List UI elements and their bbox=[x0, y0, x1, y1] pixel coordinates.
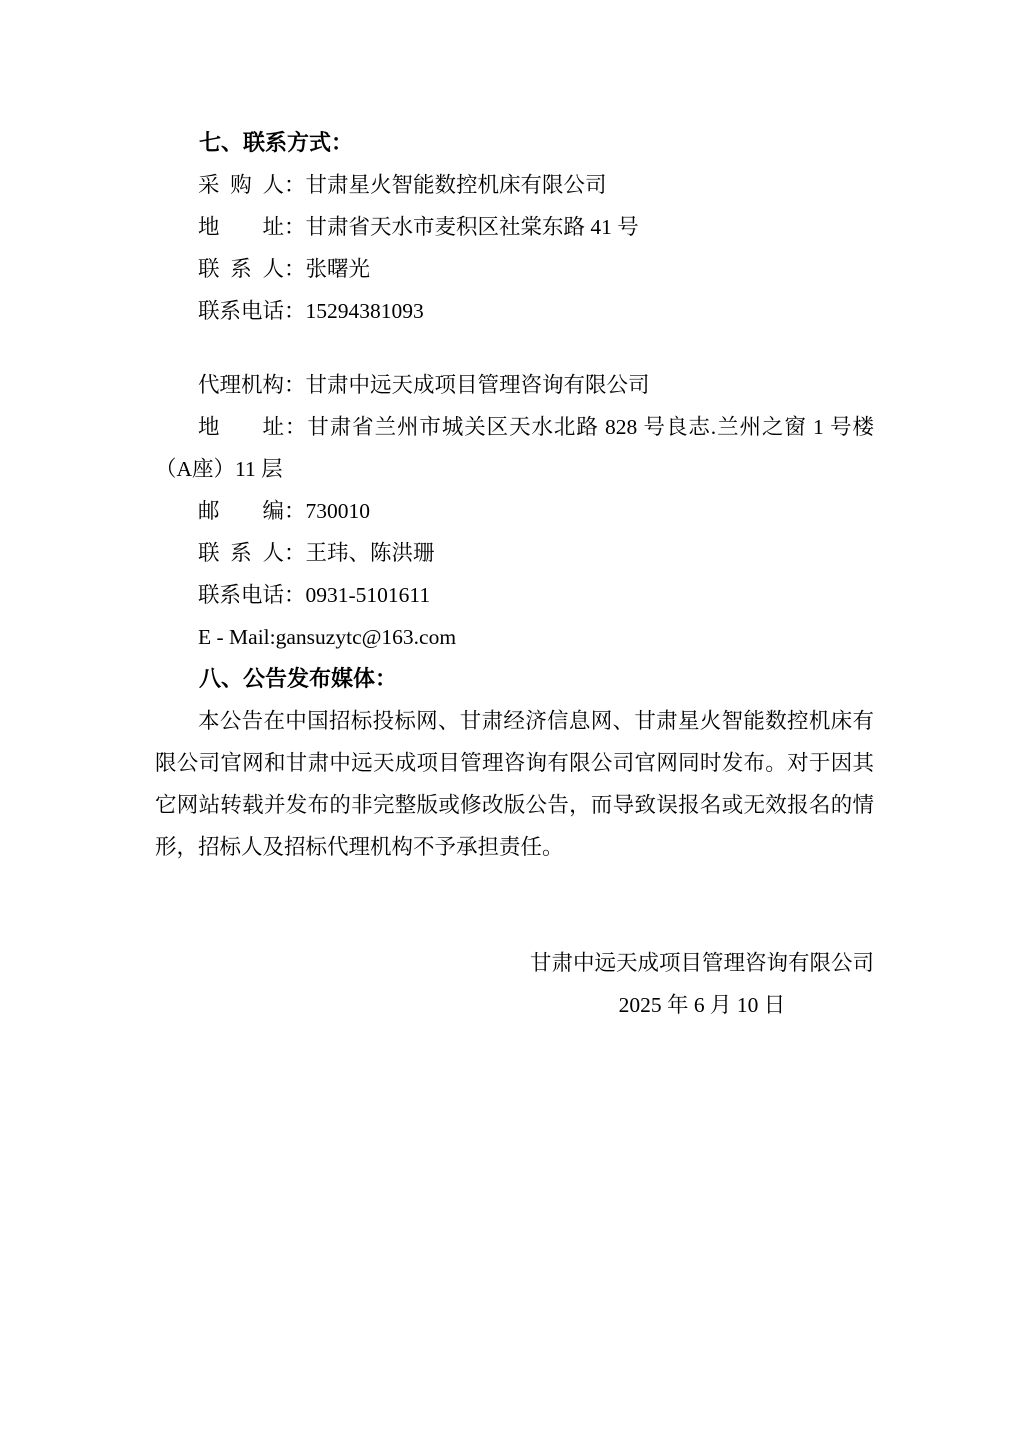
colon: ： bbox=[284, 541, 306, 565]
agency-label: 代理机构 bbox=[198, 364, 284, 406]
section-8-heading: 八、公告发布媒体： bbox=[155, 658, 874, 700]
colon: ： bbox=[284, 373, 306, 397]
agency-value: 甘肃中远天成项目管理咨询有限公司 bbox=[306, 373, 650, 397]
purchaser-phone-row: 联系电话：15294381093 bbox=[155, 290, 874, 332]
agency-row: 代理机构：甘肃中远天成项目管理咨询有限公司 bbox=[155, 364, 874, 406]
zipcode-value: 730010 bbox=[306, 499, 371, 523]
agency-contact-row: 联系人：王玮、陈洪珊 bbox=[155, 532, 874, 574]
address-label: 地址 bbox=[198, 206, 284, 248]
purchaser-contact-row: 联系人：张曙光 bbox=[155, 248, 874, 290]
colon: ： bbox=[284, 173, 306, 197]
agency-email-row: E - Mail:gansuzytc@163.com bbox=[155, 616, 874, 658]
email-label: E - Mail bbox=[198, 625, 270, 649]
colon: ： bbox=[284, 415, 307, 439]
phone-label: 联系电话 bbox=[198, 290, 284, 332]
contact-person-label: 联系人 bbox=[198, 248, 284, 290]
colon: ： bbox=[284, 299, 306, 323]
email-value: gansuzytc@163.com bbox=[276, 625, 456, 649]
agency-address-row: 地址：甘肃省兰州市城关区天水北路 828 号良志.兰州之窗 1 号楼（A座）11… bbox=[155, 406, 874, 490]
purchaser-row: 采购人：甘肃星火智能数控机床有限公司 bbox=[155, 164, 874, 206]
purchaser-address-row: 地址：甘肃省天水市麦积区社棠东路 41 号 bbox=[155, 206, 874, 248]
blank-line-spacer bbox=[155, 332, 874, 364]
media-announcement-paragraph: 本公告在中国招标投标网、甘肃经济信息网、甘肃星火智能数控机床有限公司官网和甘肃中… bbox=[155, 700, 874, 868]
phone-label: 联系电话 bbox=[198, 574, 284, 616]
address-value: 甘肃省天水市麦积区社棠东路 41 号 bbox=[306, 215, 639, 239]
contact-person-label: 联系人 bbox=[198, 532, 284, 574]
purchaser-value: 甘肃星火智能数控机床有限公司 bbox=[306, 173, 607, 197]
zipcode-label: 邮编 bbox=[198, 490, 284, 532]
section-7-heading: 七、联系方式： bbox=[155, 122, 874, 164]
colon: ： bbox=[284, 257, 306, 281]
address-label: 地址 bbox=[198, 406, 284, 448]
contact-person-value: 王玮、陈洪珊 bbox=[306, 541, 435, 565]
colon: ： bbox=[284, 583, 306, 607]
signature-block: 甘肃中远天成项目管理咨询有限公司 2025 年 6 月 10 日 bbox=[155, 942, 874, 1026]
signature-company: 甘肃中远天成项目管理咨询有限公司 bbox=[530, 942, 874, 984]
colon: ： bbox=[284, 499, 306, 523]
colon: ： bbox=[284, 215, 306, 239]
signature-date: 2025 年 6 月 10 日 bbox=[530, 984, 874, 1026]
purchaser-label: 采购人 bbox=[198, 164, 284, 206]
contact-person-value: 张曙光 bbox=[306, 257, 371, 281]
agency-zipcode-row: 邮编：730010 bbox=[155, 490, 874, 532]
document-page: 七、联系方式： 采购人：甘肃星火智能数控机床有限公司 地址：甘肃省天水市麦积区社… bbox=[0, 0, 1024, 1448]
signature-inner: 甘肃中远天成项目管理咨询有限公司 2025 年 6 月 10 日 bbox=[530, 942, 874, 1026]
phone-value: 15294381093 bbox=[306, 299, 424, 323]
agency-phone-row: 联系电话：0931-5101611 bbox=[155, 574, 874, 616]
phone-value: 0931-5101611 bbox=[306, 583, 431, 607]
